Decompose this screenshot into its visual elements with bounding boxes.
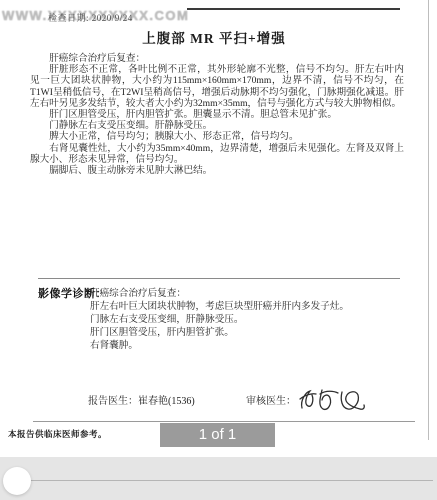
page-right-border <box>428 0 429 440</box>
header-rule <box>187 8 400 10</box>
findings-paragraph: 脾大小正常，信号均匀；胰腺大小、形态正常，信号均匀。 <box>30 131 404 142</box>
report-doctor-label: 报告医生： <box>88 396 138 407</box>
reviewer-signature <box>296 382 368 418</box>
report-doctor-name: 崔春艳(1536) <box>138 396 195 407</box>
findings-paragraph: 肝脏形态不正常，各叶比例不正常，其外形轮廓不光整，信号不均匀。肝左右叶内见一巨大… <box>30 64 404 109</box>
footer-note: 本报告供临床医师参考。 <box>8 428 107 440</box>
report-title: 上腹部 MR 平扫+增强 <box>0 27 428 47</box>
scrubber-handle[interactable] <box>3 467 31 495</box>
findings-paragraph: 肝门区胆管受压，肝内胆管扩张。胆囊显示不清。胆总管未见扩张。 <box>30 109 404 120</box>
diagnosis-line: 肝左右叶巨大团块状肿物，考虑巨块型肝癌并肝内多发子灶。 <box>90 300 390 313</box>
diagnosis-text: 肝癌综合治疗后复查：肝左右叶巨大团块状肿物，考虑巨块型肝癌并肝内多发子灶。门脉左… <box>90 287 390 352</box>
diagnosis-line: 右肾囊肿。 <box>90 339 390 352</box>
findings-paragraph: 右肾见囊性灶，大小约为35mm×40mm，边界清楚，增强后未见强化。左肾及双肾上… <box>30 143 404 165</box>
findings-paragraph: 膈脚后、腹主动脉旁未见肿大淋巴结。 <box>30 165 404 176</box>
diagnosis-line: 肝门区胆管受压，肝内胆管扩张。 <box>90 326 390 339</box>
findings-paragraph: 肝癌综合治疗后复查： <box>30 53 404 64</box>
findings-paragraph: 门静脉左右支受压变细。肝静脉受压。 <box>30 120 404 131</box>
page-indicator-badge: 1 of 1 <box>160 423 275 447</box>
report-page: www.xxxxxxxxxx.com 检查日期: 2020/9/24 上腹部 M… <box>0 0 437 457</box>
findings-text: 肝癌综合治疗后复查：肝脏形态不正常，各叶比例不正常，其外形轮廓不光整，信号不均匀… <box>30 53 404 176</box>
review-doctor-label: 审核医生： <box>246 392 296 407</box>
diagnosis-line: 肝癌综合治疗后复查： <box>90 287 390 300</box>
report-viewer: www.xxxxxxxxxx.com 检查日期: 2020/9/24 上腹部 M… <box>0 0 437 500</box>
footer-rule <box>33 421 415 422</box>
exam-date: 检查日期: 2020/9/24 <box>48 11 133 24</box>
diagnosis-line: 门脉左右支受压变细，肝静脉受压。 <box>90 313 390 326</box>
viewer-bottom-bar <box>0 457 437 500</box>
scrubber-track[interactable] <box>30 480 433 481</box>
report-doctor: 报告医生：崔春艳(1536) <box>88 392 195 407</box>
diagnosis-divider <box>38 278 400 279</box>
